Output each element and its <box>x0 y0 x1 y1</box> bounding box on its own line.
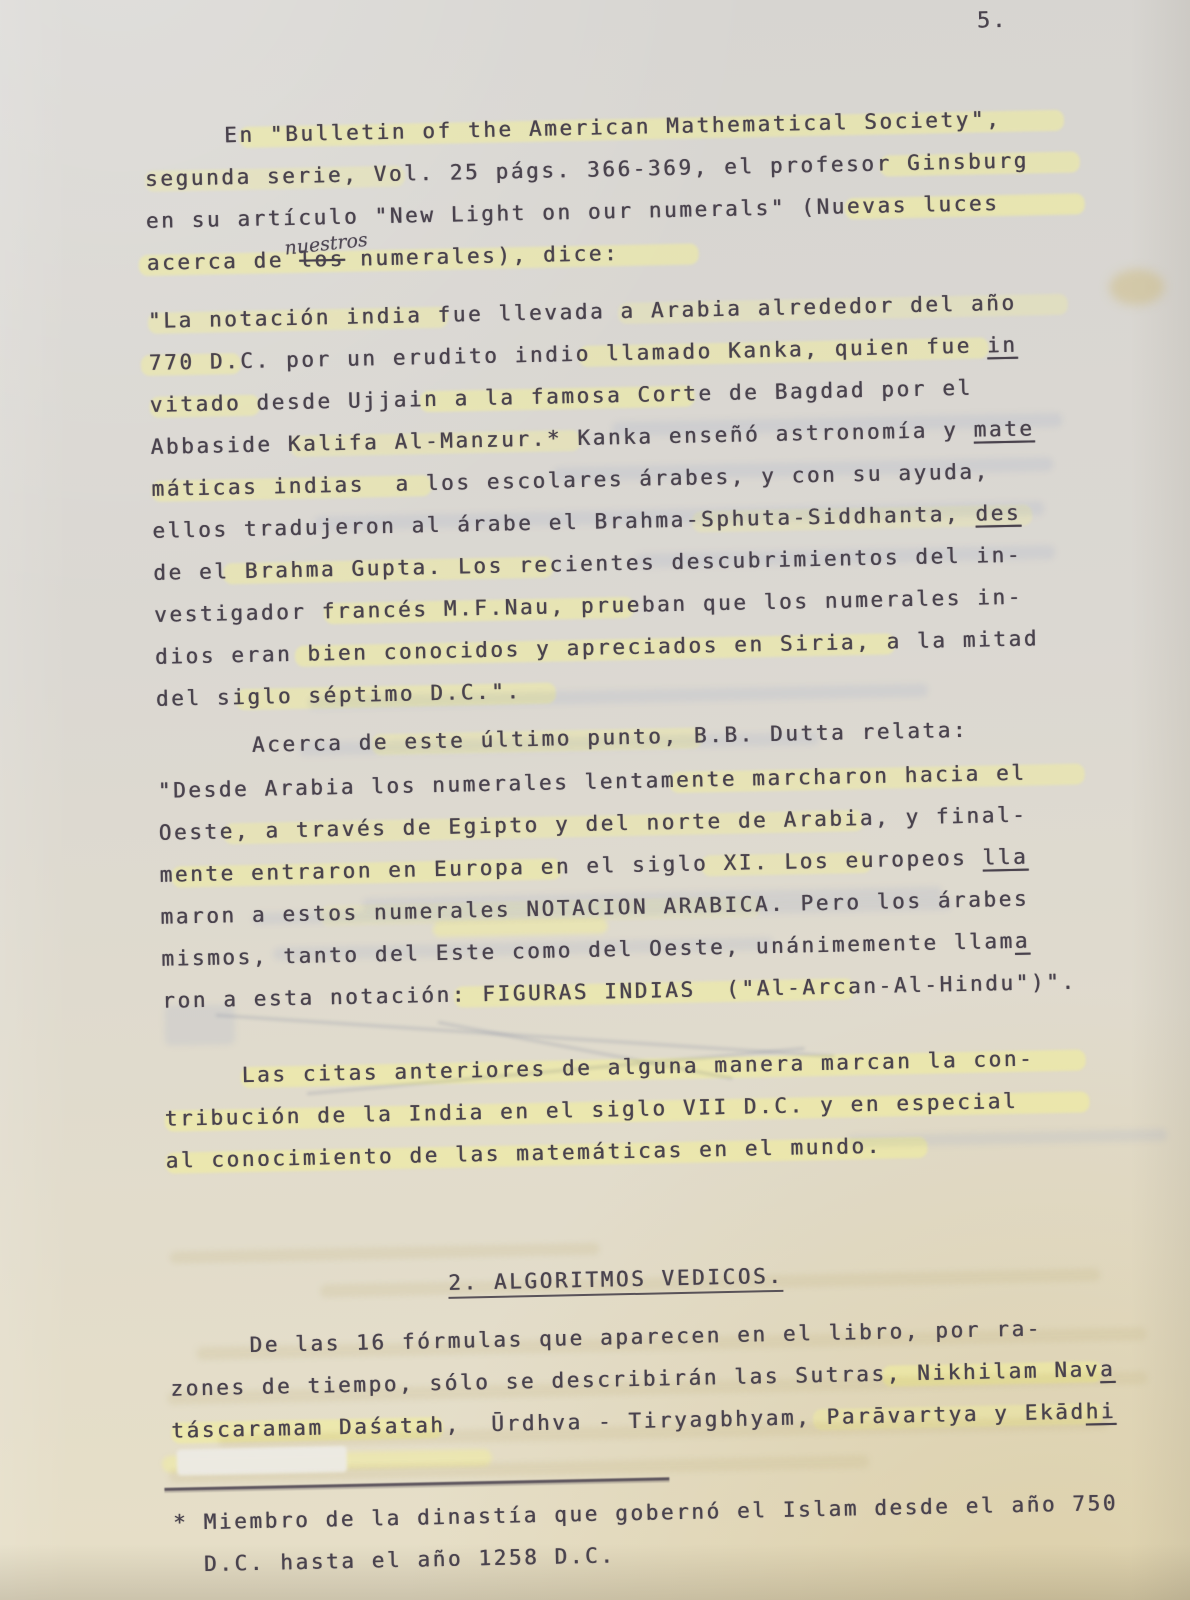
continuation-underline: lla <box>982 845 1028 870</box>
footnote: * Miembro de la dinastía que gobernó el … <box>173 1481 1155 1586</box>
continuation-underline: mate <box>973 416 1034 441</box>
heading-text: 2. ALGORITMOS VEDICOS. <box>448 1264 784 1299</box>
vedic-sutras-paragraph: De las 16 fórmulas que aparecen en el li… <box>169 1305 1151 1451</box>
continuation-underline: a <box>1015 929 1031 953</box>
opening-paragraph: En "Bulletin of the American Mathematica… <box>144 95 1127 283</box>
continuation-underline: in <box>987 333 1018 358</box>
line-text: ron a esta notación: FIGURAS INDIAS ("Al… <box>162 970 1077 1013</box>
scanned-typewritten-page: { "page": { "number": "5." }, "colors": … <box>0 0 1190 1600</box>
continuation-underline: des <box>975 501 1021 526</box>
ginsburg-quote: "La notación india fue llevada a Arabia … <box>148 279 1137 719</box>
handwritten-annotation: nuestros <box>282 219 369 270</box>
line-text: En "Bulletin of the American Mathematica… <box>224 107 1002 147</box>
line-text: al conocimiento de las matemáticas en el… <box>165 1134 882 1173</box>
typewritten-text: En "Bulletin of the American Mathematica… <box>0 0 1173 3</box>
continuation-underline: a <box>1100 1357 1116 1381</box>
line-text: D.C. hasta el año 1258 D.C. <box>204 1543 616 1576</box>
continuation-underline: hi <box>1085 1399 1116 1424</box>
page-sheet: 5. En "Bulletin of the American Mathemat… <box>0 0 1190 1600</box>
line-text: del siglo séptimo D.C.". <box>156 679 522 711</box>
closing-paragraph: Las citas anteriores de alguna manera ma… <box>163 1035 1145 1181</box>
line-text: Acerca de este último punto, B.B. Dutta … <box>252 718 969 757</box>
text-line: acerca de los numerales), dice:nuestros <box>146 221 1127 284</box>
page-number: 5. <box>977 8 1008 34</box>
dutta-quote: "Desde Arabia los numerales lentamente m… <box>157 749 1142 1021</box>
whiteout-correction <box>177 1446 348 1476</box>
line-text: acerca de los numerales), dice: <box>147 241 620 275</box>
